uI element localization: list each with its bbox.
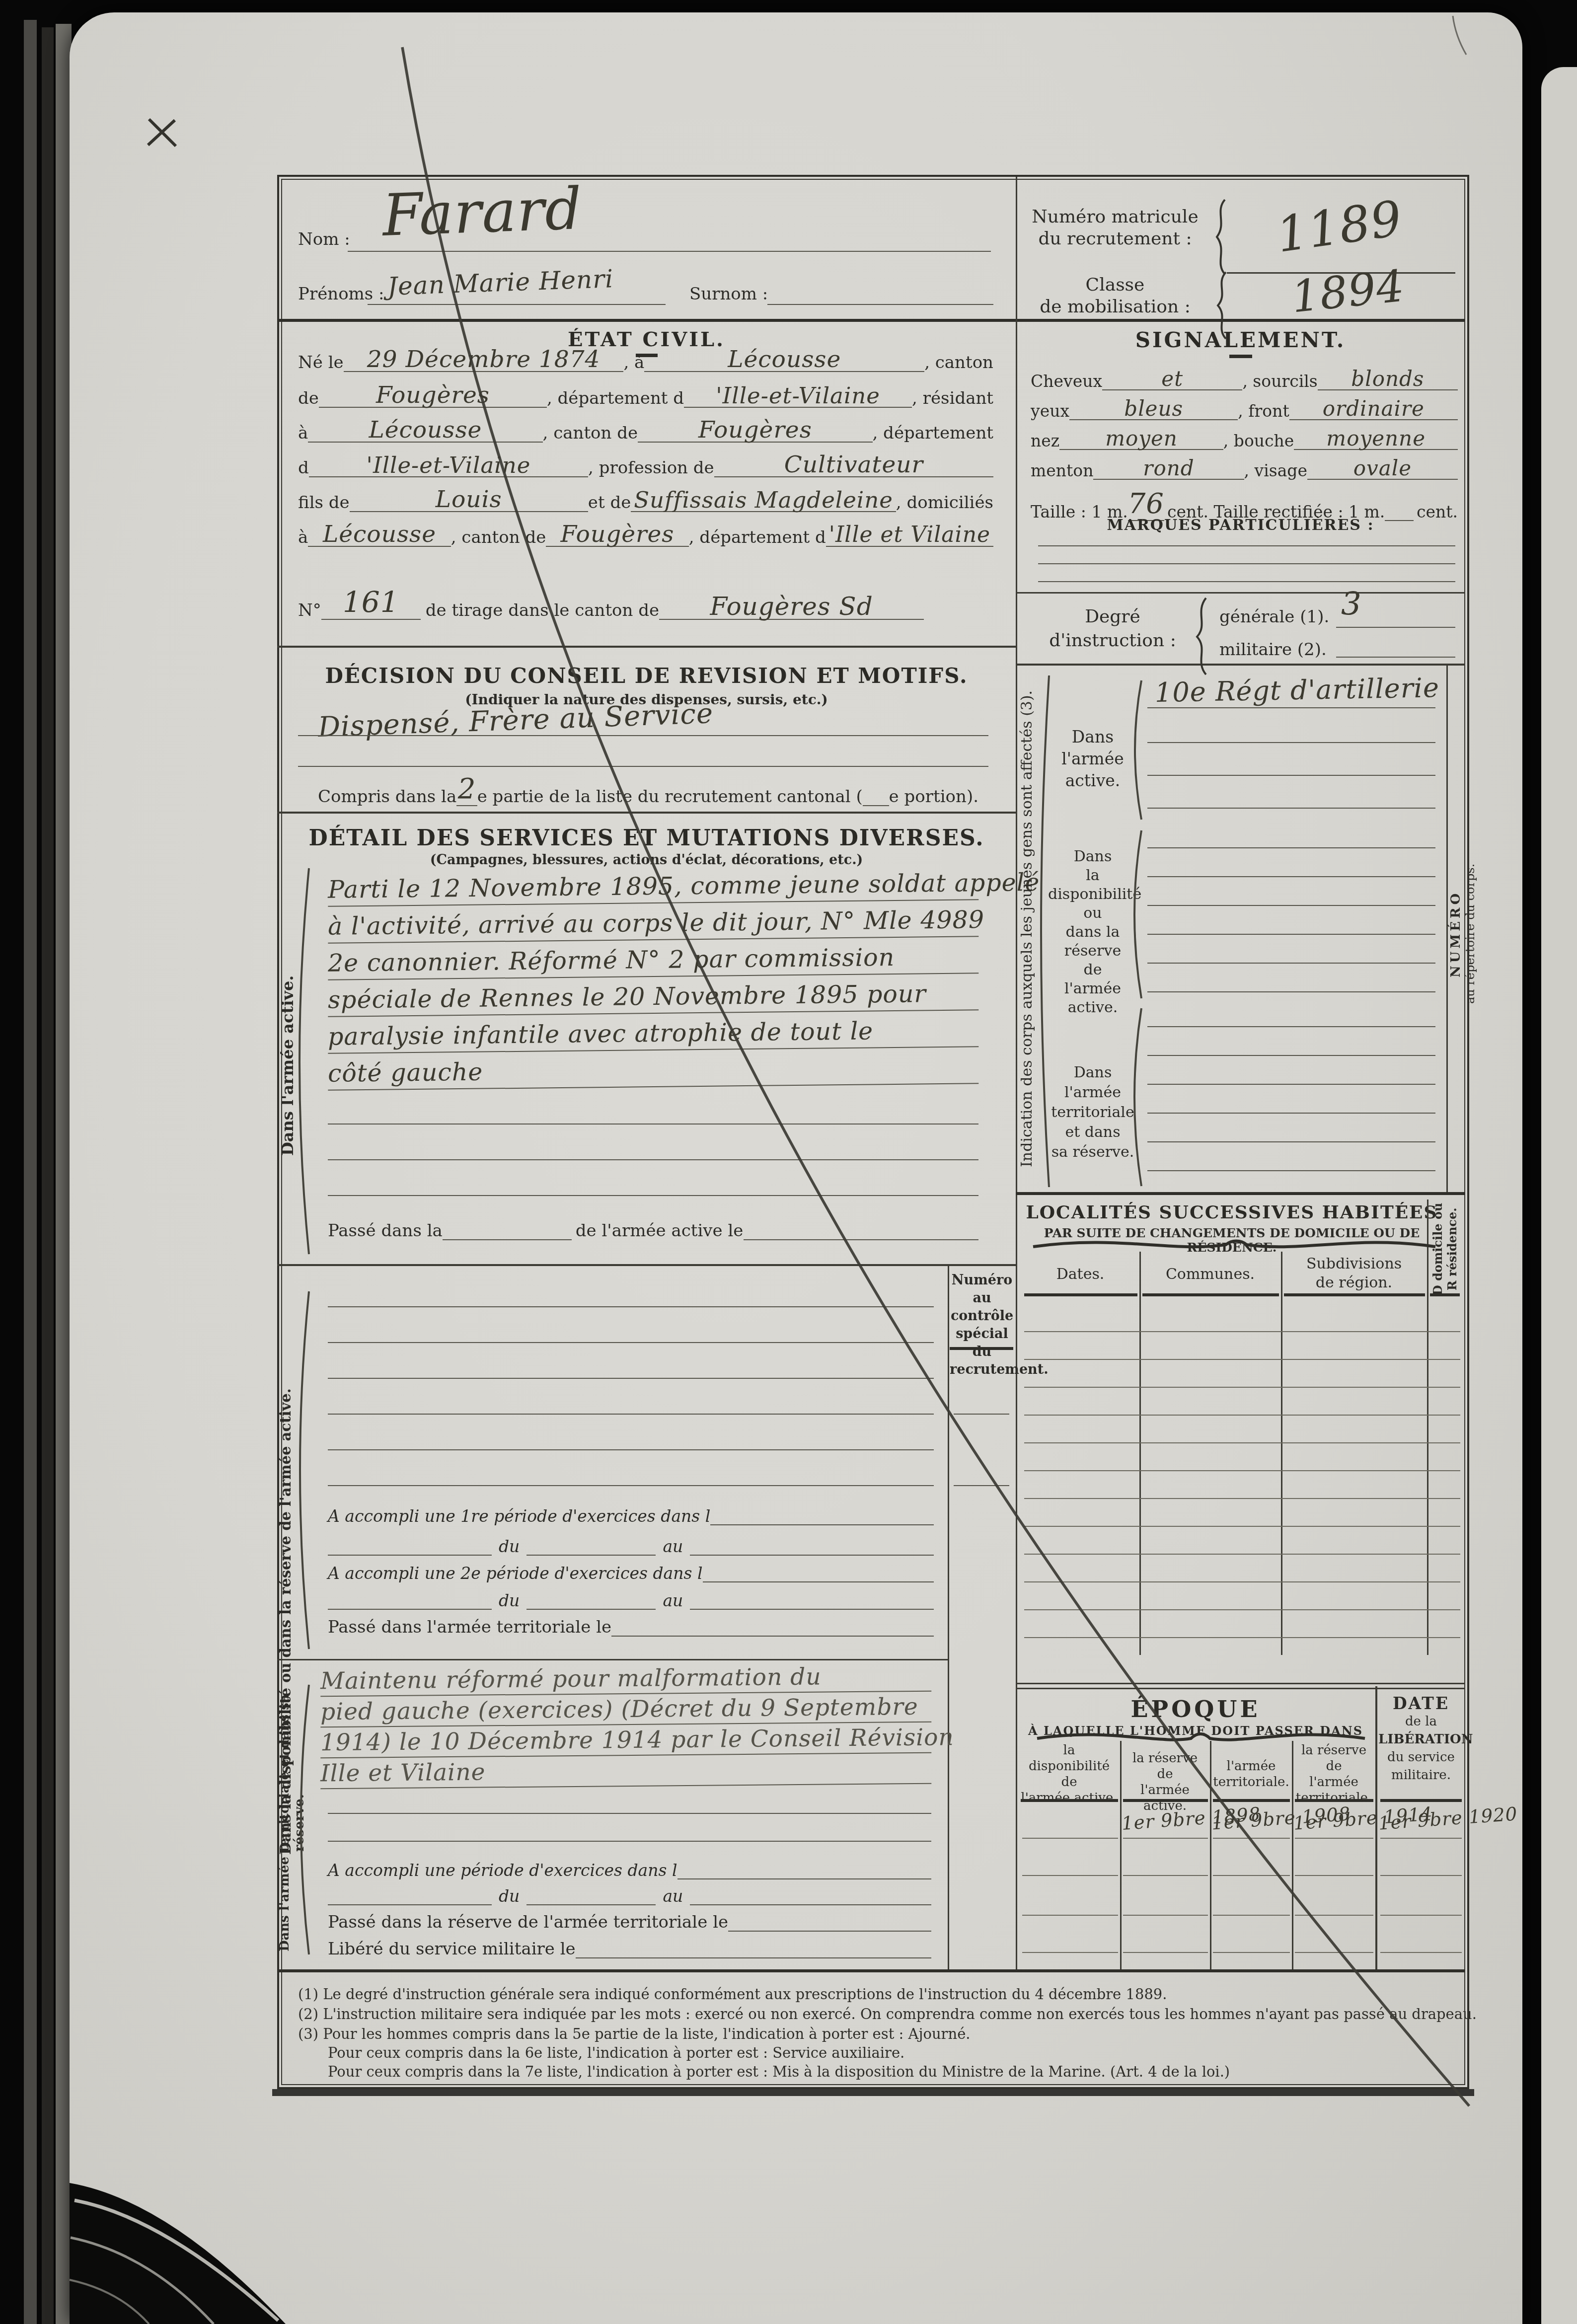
cheveux-sourcils-line: Cheveux et , sourcils blonds	[1031, 369, 1458, 390]
localites-header-underline	[1142, 1293, 1279, 1296]
date-blank	[526, 1888, 656, 1905]
father-value: Louis	[350, 488, 588, 512]
territoriale-text-line: 1914) le 10 Décembre 1914 par le Conseil…	[320, 1724, 931, 1759]
periode-blank	[677, 1878, 931, 1879]
corps-active-line1: Dans	[1053, 726, 1132, 748]
localites-row-line	[1024, 1387, 1460, 1388]
epoque-top-rule	[1016, 1683, 1465, 1684]
epoque-row-line	[1213, 1952, 1290, 1953]
generale-label: générale (1).	[1219, 607, 1329, 627]
front-value: ordinaire	[1289, 398, 1458, 420]
blank-line	[1147, 847, 1435, 848]
profession-label: , profession de	[588, 459, 714, 477]
localites-col-dates: Dates.	[1023, 1266, 1137, 1283]
sourcils-label: , sourcils	[1242, 373, 1317, 390]
canton-value: Fougères	[319, 383, 547, 408]
epoque-col4-line: la réserve	[1293, 1742, 1374, 1758]
side-label-armee-active: Dans l'armée active.	[278, 874, 300, 1257]
subdiv-line1: Subdivisions	[1283, 1255, 1425, 1274]
etat-civil-line1: Né le 29 Décembre 1874 , à Lécousse , ca…	[298, 348, 993, 372]
epoque-value-underline	[1123, 1838, 1208, 1839]
epoque-row-line	[1380, 1952, 1462, 1953]
epoque-value-underline	[1295, 1838, 1373, 1839]
de-label: de	[298, 389, 319, 408]
book-spine-shadow	[42, 27, 54, 2324]
date-header-line: militaire.	[1378, 1766, 1464, 1784]
epoque-row-line	[1380, 1915, 1462, 1916]
regiment-underline	[1147, 707, 1435, 708]
departement-value: 'Ille-et-Vilaine	[684, 384, 912, 408]
date-blank	[328, 1592, 492, 1610]
section-rule	[1016, 1192, 1465, 1195]
passe-territoriale-line: Passé dans l'armée territoriale le	[328, 1618, 934, 1637]
side-label-corps: Indication des corps auxquels les jeunes…	[1018, 668, 1040, 1190]
tirage-canton-value: Fougères Sd	[659, 594, 924, 620]
blank-line	[1147, 1026, 1435, 1027]
tirage-line: N° 161 de tirage dans le canton de Fougè…	[298, 585, 924, 620]
page-fold-shadow	[272, 2089, 1474, 2096]
generale-underline	[1336, 627, 1455, 628]
epoque-row-line	[1295, 1915, 1373, 1916]
surnom-underline	[767, 304, 993, 305]
tirage-no-value: 161	[321, 585, 421, 620]
matricule-label: Numéro matricule du recrutement :	[1031, 206, 1200, 250]
territoriale-dates-line: du au	[328, 1887, 931, 1905]
date-blank	[690, 1609, 934, 1610]
date-header-line: du service	[1378, 1748, 1464, 1766]
localites-title: LOCALITÉS SUCCESSIVES HABITÉES	[1016, 1202, 1448, 1223]
residence-value: Lécousse	[308, 418, 542, 443]
corps-terr-line: et dans	[1048, 1123, 1137, 1142]
epoque-row-line	[1123, 1952, 1208, 1953]
canton2-label: , canton de	[543, 424, 638, 443]
localites-col-divider	[1427, 1199, 1428, 1655]
localites-row-line	[1024, 1637, 1460, 1638]
book-spine-strip	[24, 20, 37, 2324]
classe-label-line2: de mobilisation :	[1031, 296, 1200, 318]
domicile-value: Lécousse	[308, 523, 451, 547]
blank-line	[1147, 1141, 1435, 1142]
localites-row-line	[1024, 1498, 1460, 1499]
localites-row-line	[1024, 1331, 1460, 1332]
generale-value: 3	[1341, 586, 1362, 623]
epoque-col4-line: l'armée	[1293, 1774, 1374, 1790]
au-label: au	[656, 1592, 690, 1610]
date-header-line: DATE	[1378, 1695, 1464, 1713]
footnote-4: Pour ceux compris dans la 6e liste, l'in…	[328, 2044, 904, 2061]
domicilies-label: , domiciliés	[896, 494, 993, 512]
periode1-line: A accompli une 1re période d'exercices d…	[328, 1507, 934, 1525]
epoque-col4-header: la réserve de l'armée territoriale.	[1293, 1742, 1374, 1806]
blank-line	[328, 1159, 978, 1160]
periode2-blank	[703, 1581, 934, 1582]
blank-line	[328, 1841, 931, 1842]
epoque-top-rule2	[1016, 1688, 1465, 1689]
blank-line	[1147, 963, 1435, 964]
footnote-1: (1) Le degré d'instruction générale sera…	[298, 1986, 1167, 2003]
au-label: au	[656, 1887, 690, 1905]
periode1-blank	[710, 1524, 934, 1525]
birth-place-value: Lécousse	[644, 348, 924, 372]
tirage-label: de tirage dans le canton de	[421, 601, 659, 620]
visage-value: ovale	[1307, 458, 1458, 480]
side-label-territoriale: Dans l'armée territoriale et dans sa rés…	[277, 1679, 298, 1967]
periode2-label: A accompli une 2e période d'exercices da…	[328, 1565, 703, 1582]
corps-terr-line: territoriale	[1048, 1103, 1137, 1123]
ne-le-label: Né le	[298, 354, 344, 372]
classe-label: Classe de mobilisation :	[1031, 274, 1200, 318]
sourcils-value: blonds	[1318, 369, 1458, 390]
du-label: du	[492, 1887, 526, 1905]
blank-line	[1038, 581, 1455, 582]
passe-reserve-territoriale-line: Passé dans la réserve de l'armée territo…	[328, 1913, 931, 1932]
epoque-header-underline	[1021, 1799, 1118, 1802]
epoque-row-line	[1123, 1915, 1208, 1916]
blank-line	[1147, 775, 1435, 776]
militaire-underline	[1336, 657, 1455, 658]
controle-header-underline	[950, 1347, 1013, 1350]
controle-header-line1: Numéro	[950, 1272, 1014, 1289]
epoque-col2-header: la réserve de l'armée active.	[1122, 1750, 1208, 1814]
degre-line2: d'instruction :	[1038, 629, 1187, 653]
services-title: DÉTAIL DES SERVICES ET MUTATIONS DIVERSE…	[277, 825, 1016, 851]
section-rule	[277, 1264, 1016, 1266]
corps-dispo-line: Dans	[1048, 847, 1137, 866]
territoriale-text-line: Maintenu réformé pour malformation du	[320, 1662, 931, 1697]
matricule-label-line2: du recrutement :	[1031, 228, 1200, 250]
territoriale-periode-label: A accompli une période d'exercices dans …	[328, 1862, 677, 1879]
numero-repertoire-label: NUMÉRO au répertoire du corps.	[1448, 710, 1477, 1157]
epoque-title: ÉPOQUE	[1016, 1696, 1375, 1723]
yeux-label: yeux	[1031, 402, 1069, 420]
passe-blank2	[744, 1239, 979, 1240]
controle-column-divider	[948, 1264, 949, 1971]
blank-line	[328, 1414, 934, 1415]
footnote-5: Pour ceux compris dans la 7e liste, l'in…	[328, 2063, 1230, 2080]
numero-repertoire-divider	[1446, 664, 1448, 1193]
blank-line	[328, 1342, 934, 1343]
epoque-col2-line: de	[1122, 1766, 1208, 1782]
dr-line1: D domicile ou	[1430, 1199, 1445, 1299]
date-blank	[690, 1904, 931, 1905]
epoque-col4-line: de	[1293, 1758, 1374, 1774]
localites-col-divider	[1281, 1252, 1282, 1655]
date-blank	[526, 1538, 656, 1556]
section-rule	[277, 812, 1016, 814]
du-label: du	[492, 1538, 526, 1556]
compris-line: Compris dans la 2 e partie de la liste d…	[318, 773, 978, 806]
blank-line	[328, 1306, 934, 1307]
blank-line	[328, 1485, 934, 1486]
fils-de-label: fils de	[298, 494, 350, 512]
birth-date-value: 29 Décembre 1874	[344, 348, 624, 372]
blank-line	[1147, 1170, 1435, 1171]
blank-line	[328, 1449, 934, 1450]
passe-armee-active-line: Passé dans la de l'armée active le	[328, 1222, 978, 1240]
etat-civil-line5: fils de Louis et de Suffissais Magdelein…	[298, 488, 993, 512]
a2-label: à	[298, 424, 308, 443]
a-label: , à	[623, 354, 644, 372]
blank-line	[1147, 991, 1435, 992]
prenoms-label: Prénoms :	[298, 284, 384, 304]
passe-reserve-blank	[728, 1931, 931, 1932]
date-blank	[526, 1592, 656, 1610]
blank-line	[1147, 905, 1435, 906]
du-label: du	[492, 1592, 526, 1610]
mother-value: Suffissais Magdeleine	[631, 489, 896, 512]
tirage-no-label: N°	[298, 601, 321, 620]
footnote-3: (3) Pour les hommes compris dans la 5e p…	[298, 2025, 971, 2042]
blank-line	[1147, 1113, 1435, 1114]
localites-row-line	[1024, 1554, 1460, 1555]
yeux-front-line: yeux bleus , front ordinaire	[1031, 398, 1458, 420]
localites-row-line	[1024, 1470, 1460, 1471]
etat-civil-line6: à Lécousse , canton de Fougères , départ…	[298, 523, 993, 547]
epoque-value-underline	[1213, 1838, 1290, 1839]
territoriale-periode-line: A accompli une période d'exercices dans …	[328, 1862, 931, 1879]
etat-civil-line4: d 'Ille-et-Vilaine , profession de Culti…	[298, 453, 993, 477]
menton-visage-line: menton rond , visage ovale	[1031, 458, 1458, 480]
blank-line	[1147, 808, 1435, 809]
services-subtitle: (Campagnes, blessures, actions d'éclat, …	[277, 852, 1016, 868]
epoque-col1-line: l'armée active.	[1021, 1790, 1118, 1806]
numero-repertoire-line1: NUMÉRO	[1448, 710, 1463, 1157]
territoriale-text-line: pied gauche (exercices) (Décret du 9 Sep…	[320, 1693, 931, 1728]
taille-value: 76	[1128, 488, 1164, 521]
localites-row-line	[1024, 1442, 1460, 1443]
blank-line	[1147, 742, 1435, 743]
canton3-label: , canton de	[451, 528, 546, 547]
epoque-date-header: DATE de la LIBÉRATION du service militai…	[1378, 1695, 1464, 1784]
localites-row-line	[1024, 1359, 1460, 1360]
epoque-row-line	[1213, 1915, 1290, 1916]
epoque-col1-line: la	[1021, 1742, 1118, 1758]
classe-label-line1: Classe	[1031, 274, 1200, 296]
periode1-dates-line: du au	[328, 1538, 934, 1556]
etat-civil-line2: de Fougères , département d 'Ille-et-Vil…	[298, 383, 993, 408]
decision-underline	[298, 735, 988, 736]
header-divider	[277, 319, 1465, 322]
adjacent-page-edge	[1541, 67, 1577, 2324]
cheveux-label: Cheveux	[1031, 373, 1102, 390]
residant-label: , résidant	[912, 389, 993, 408]
localites-row-line	[1024, 1415, 1460, 1416]
passe-label2: de l'armée active le	[572, 1222, 744, 1240]
canton3-value: Fougères	[546, 523, 688, 547]
bouche-label: , bouche	[1223, 432, 1294, 450]
departement2-word: , département	[873, 424, 994, 443]
surnom-label: Surnom :	[689, 284, 768, 304]
decision-title: DÉCISION DU CONSEIL DE REVISION ET MOTIF…	[277, 664, 1016, 688]
corps-terr-line: sa réserve.	[1048, 1142, 1137, 1162]
localites-col-subdivisions: Subdivisions de région.	[1283, 1255, 1425, 1292]
blank-line	[1147, 1084, 1435, 1085]
blank-line	[1147, 876, 1435, 877]
menton-label: menton	[1031, 462, 1093, 480]
passe-territoriale-label: Passé dans l'armée territoriale le	[328, 1618, 611, 1637]
compris-label3: e portion).	[889, 788, 978, 806]
localites-header-underline	[1430, 1293, 1460, 1296]
passe-reserve-label: Passé dans la réserve de l'armée territo…	[328, 1913, 728, 1932]
controle-header-line3: spécial du	[950, 1325, 1014, 1361]
date-blank	[328, 1888, 492, 1905]
blank-line	[1147, 934, 1435, 935]
profession-value: Cultivateur	[714, 453, 993, 477]
nom-underline	[348, 251, 991, 252]
section-rule	[1016, 664, 1465, 666]
canton2-value: Fougères	[638, 418, 872, 443]
etat-civil-line3: à Lécousse , canton de Fougères , départ…	[298, 418, 993, 443]
nez-label: nez	[1031, 432, 1059, 450]
domicile-residence-label: D domicile ou R résidence.	[1430, 1199, 1459, 1299]
blank-line	[298, 766, 988, 767]
blank-line	[1038, 545, 1455, 546]
dr-line2: R résidence.	[1445, 1199, 1459, 1299]
epoque-col3-header: l'armée territoriale.	[1211, 1758, 1291, 1790]
epoque-value-underline	[1380, 1838, 1462, 1839]
departement3-value: 'Ille et Vilaine	[826, 524, 993, 547]
signalement-title: SIGNALEMENT.	[1016, 328, 1465, 352]
signalement-ornament	[1229, 355, 1252, 358]
epoque-col1-header: la disponibilité de l'armée active.	[1021, 1742, 1118, 1806]
epoque-row-line	[1022, 1915, 1118, 1916]
libere-line: Libéré du service militaire le	[328, 1940, 931, 1958]
epoque-row-line	[1380, 1875, 1462, 1876]
visage-label: , visage	[1244, 462, 1307, 480]
date-header-line: LIBÉRATION	[1378, 1730, 1464, 1748]
departement2-value: 'Ille-et-Vilaine	[309, 454, 588, 477]
subdiv-line2: de région.	[1283, 1274, 1425, 1292]
epoque-row-line	[1123, 1875, 1208, 1876]
section-rule	[277, 1659, 948, 1660]
epoque-row-line	[1295, 1875, 1373, 1876]
localites-header-underline	[1284, 1293, 1425, 1296]
blank-line	[328, 1195, 978, 1196]
epoque-row-line	[1022, 1952, 1118, 1953]
localites-row-line	[1024, 1581, 1460, 1582]
militaire-label: militaire (2).	[1219, 640, 1327, 660]
front-label: , front	[1238, 402, 1289, 420]
libere-blank	[576, 1957, 931, 1958]
epoque-header-underline	[1295, 1799, 1373, 1802]
footnotes-divider	[277, 1969, 1465, 1972]
localites-header-underline	[1024, 1293, 1137, 1296]
menton-value: rond	[1093, 458, 1244, 480]
footnote-2: (2) L'instruction militaire sera indiqué…	[298, 2006, 1477, 2023]
cheveux-value: et	[1102, 369, 1242, 390]
yeux-value: bleus	[1069, 398, 1238, 420]
periode2-line: A accompli une 2e période d'exercices da…	[328, 1565, 934, 1582]
epoque-header-underline	[1380, 1799, 1462, 1802]
epoque-col1-line: de	[1021, 1774, 1118, 1790]
controle-column-header: Numéro au contrôle spécial du recrutemen…	[950, 1272, 1014, 1379]
localites-subtitle: PAR SUITE DE CHANGEMENTS DE DOMICILE OU …	[1016, 1226, 1448, 1255]
departement-label: , département d	[547, 389, 684, 408]
blank-line	[328, 1124, 978, 1125]
periode1-label: A accompli une 1re période d'exercices d…	[328, 1507, 710, 1525]
blank-line	[1147, 1055, 1435, 1056]
epoque-col3-line: l'armée	[1211, 1758, 1291, 1774]
corps-dispo-line: l'armée active.	[1048, 979, 1137, 1017]
section-rule	[277, 646, 1016, 648]
corps-dispo-line: dans la réserve	[1048, 923, 1137, 961]
corps-dispo-label: Dans la disponibilité ou dans la réserve…	[1048, 847, 1137, 1017]
localites-row-line	[1024, 1526, 1460, 1527]
portion-blank	[863, 788, 889, 806]
epoque-col2-line: la réserve	[1122, 1750, 1208, 1766]
epoque-col3-line: territoriale.	[1211, 1774, 1291, 1790]
controle-header-line2: au contrôle	[950, 1289, 1014, 1325]
epoque-row-line	[1295, 1952, 1373, 1953]
blank-line	[1038, 563, 1455, 564]
periode2-dates-line: du au	[328, 1592, 934, 1610]
canton-label: , canton	[924, 354, 993, 372]
passe-blank1	[443, 1222, 572, 1240]
corps-dispo-line: ou	[1048, 904, 1137, 923]
numero-repertoire-line2: au répertoire du corps.	[1463, 710, 1477, 1157]
prenoms-underline	[368, 304, 666, 305]
nez-bouche-line: nez moyen , bouche moyenne	[1031, 428, 1458, 450]
localites-col-communes: Communes.	[1141, 1266, 1279, 1283]
taille-line: Taille : 1 m. 76 cent. Taille rectifiée …	[1031, 488, 1458, 521]
blank-line	[328, 1378, 934, 1379]
compris-label2: e partie de la liste du recrutement cant…	[477, 788, 863, 806]
libere-label: Libéré du service militaire le	[328, 1940, 576, 1958]
epoque-value-underline	[1022, 1838, 1118, 1839]
compris-value: 2	[456, 773, 477, 806]
d-label: d	[298, 459, 309, 477]
corps-terr-line: Dans l'armée	[1048, 1063, 1137, 1103]
corps-dispo-line: de	[1048, 961, 1137, 979]
nom-signature: Farard	[381, 175, 584, 249]
epoque-col4-line: territoriale.	[1293, 1790, 1374, 1806]
regiment-value: 10e Régt d'artillerie	[1154, 672, 1439, 708]
section-rule	[1016, 592, 1465, 594]
localites-row-line	[1024, 1609, 1460, 1610]
marques-title: MARQUES PARTICULIÈRES :	[1016, 517, 1465, 534]
au-label: au	[656, 1538, 690, 1556]
a3-label: à	[298, 528, 308, 547]
departement3-label: , département d	[689, 528, 826, 547]
date-blank	[690, 1555, 934, 1556]
date-blank	[328, 1538, 492, 1556]
blank-line	[328, 1813, 931, 1814]
epoque-header-underline	[1213, 1799, 1290, 1802]
photographed-register-scan: Nom : Farard Prénoms : Jean Marie Henri …	[0, 0, 1577, 2324]
corps-territoriale-label: Dans l'armée territoriale et dans sa rés…	[1048, 1063, 1137, 1162]
corps-dispo-line: la disponibilité	[1048, 866, 1137, 904]
epoque-header-underline	[1123, 1799, 1208, 1802]
date-header-line: de la	[1378, 1713, 1464, 1730]
passe-territoriale-blank	[611, 1636, 934, 1637]
corps-active-label: Dans l'armée active.	[1053, 726, 1132, 792]
controle-header-line4: recrutement.	[950, 1361, 1014, 1379]
epoque-row-line	[1213, 1875, 1290, 1876]
degre-line1: Degré	[1038, 605, 1187, 629]
et-de-label: et de	[588, 494, 631, 512]
degre-instruction-label: Degré d'instruction :	[1038, 605, 1187, 653]
corps-active-line2: l'armée active.	[1053, 748, 1132, 792]
epoque-subtitle: À LAQUELLE L'HOMME DOIT PASSER DANS	[1016, 1724, 1375, 1738]
epoque-row-line	[1022, 1875, 1118, 1876]
nez-value: moyen	[1059, 428, 1223, 450]
bouche-value: moyenne	[1294, 428, 1458, 450]
matricule-label-line1: Numéro matricule	[1031, 206, 1200, 228]
compris-label1: Compris dans la	[318, 788, 456, 806]
localites-col-divider	[1139, 1252, 1141, 1655]
passe-label1: Passé dans la	[328, 1222, 443, 1240]
controle-blank	[954, 1485, 1009, 1486]
